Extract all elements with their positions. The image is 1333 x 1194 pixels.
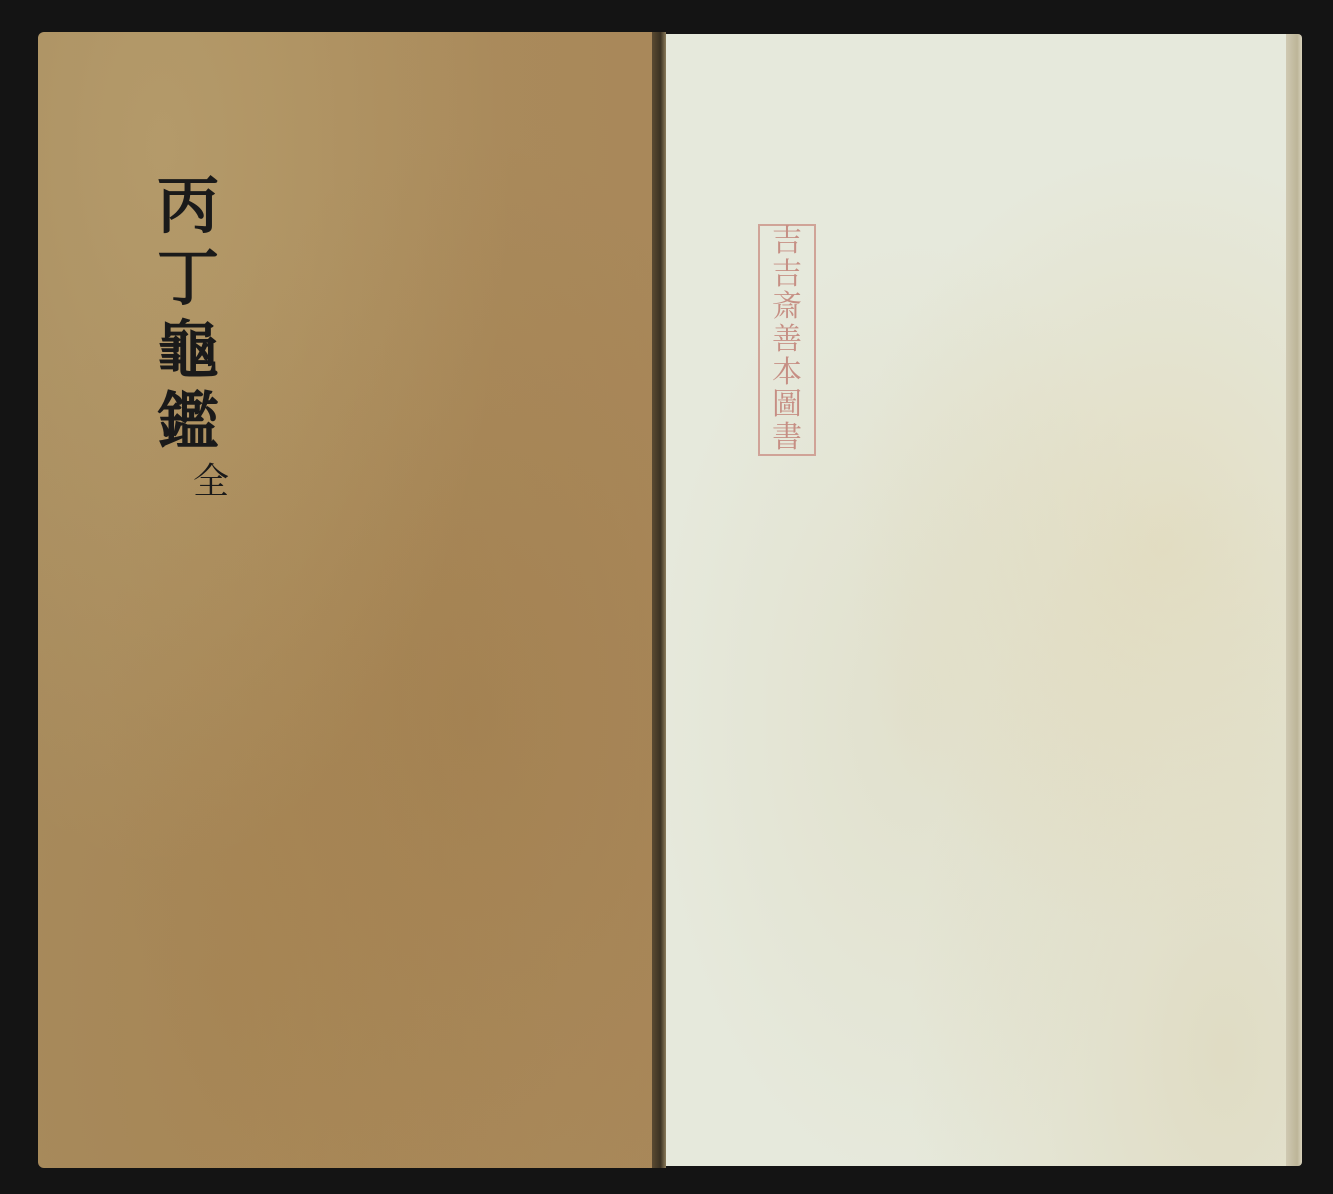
- seal-char: 斎: [772, 292, 802, 322]
- seal-char: 圖: [772, 390, 802, 420]
- seal-char: 吉: [772, 260, 802, 290]
- seal-char: 本: [772, 358, 802, 388]
- volume-mark: 全: [193, 458, 229, 506]
- seal-char: 吉: [772, 227, 802, 257]
- ownership-seal: 吉 吉 斎 善 本 圖 書: [758, 224, 816, 456]
- seal-char: 善: [772, 325, 802, 355]
- title-char: 丁: [157, 242, 219, 314]
- seal-char: 書: [772, 423, 802, 453]
- title-char: 鑑: [157, 386, 219, 458]
- cover-spine-edge: [652, 32, 666, 1168]
- title-char: 龜: [157, 314, 219, 386]
- title-char: 丙: [157, 170, 219, 242]
- book-cover: [38, 32, 658, 1168]
- page-block-edge: [1286, 34, 1302, 1166]
- cover-title: 丙 丁 龜 鑑 全: [148, 170, 228, 506]
- flyleaf-page: [666, 34, 1286, 1166]
